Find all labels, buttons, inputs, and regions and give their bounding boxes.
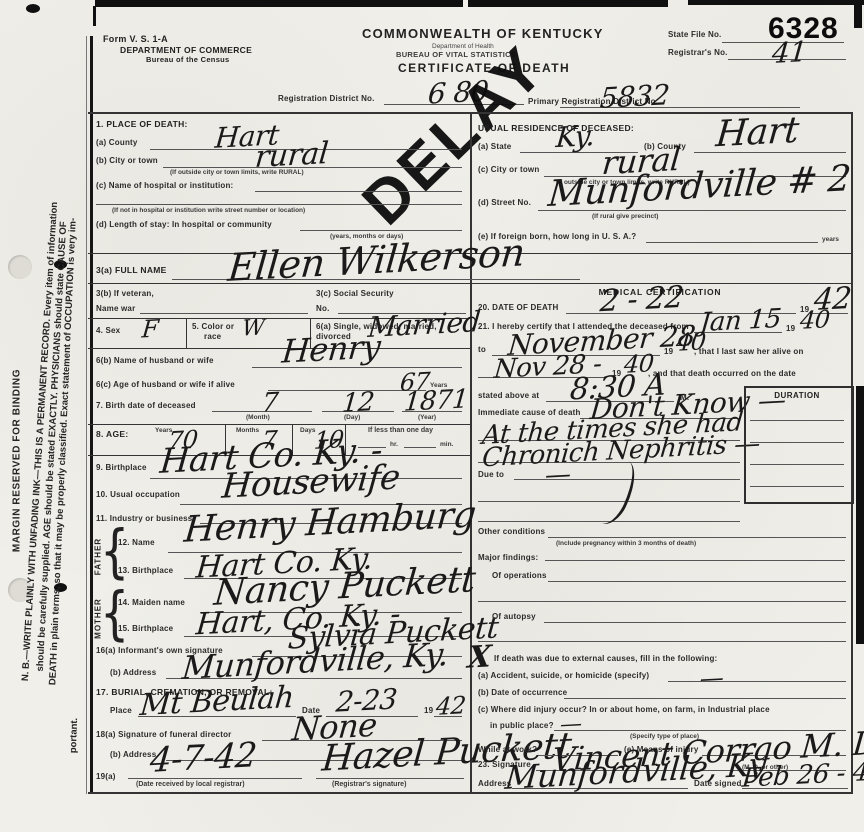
duration-label: DURATION [744,392,850,401]
bureau-of-census: Bureau of the Census [146,56,230,64]
birth-year-value: 1871 [403,384,470,418]
filed-row-label: 19(a) [96,772,116,781]
blank-line [300,230,462,231]
hr-label: hr. [390,441,398,448]
hole-punch [8,255,32,279]
margin-note-line: portant. [67,685,81,785]
form-border [86,36,87,794]
date-of-death-label: 20. DATE OF DEATH [478,303,558,312]
place-of-death-title: 1. PLACE OF DEATH: [96,120,188,129]
pod-city-label: (b) City or town [96,156,158,165]
blank-line [255,191,462,192]
spouse-age-label: 6(c) Age of husband or wife if alive [96,380,235,389]
res-state-value: Ky. [555,119,596,154]
race-value: W [241,315,265,341]
res-foreign-unit: years [822,236,839,243]
blank-line [750,464,844,465]
blank-line [545,560,845,561]
blank-line [544,622,846,623]
registration-district-label: Registration District No. [278,94,375,103]
month-note: (Month) [246,414,270,421]
registrar-no-label: Registrar's No. [668,48,728,57]
social-security-no-label: No. [316,304,330,313]
mother-name-label: 14. Maiden name [118,598,185,607]
ink-blob [93,6,96,26]
primary-district-value: 5832 [599,78,671,115]
burial-place-label: Place [110,706,132,715]
veteran-war-label: Name war [96,304,135,313]
birthdate-label: 7. Birth date of deceased [96,401,196,410]
mother-brace: { [100,579,129,647]
sex-label: 4. Sex [96,326,120,335]
occupation-label: 10. Usual occupation [96,490,180,499]
to-label: to [478,345,486,354]
date-signed-label: Date signed [694,779,742,788]
ext-a-value: — [699,663,725,692]
form-border [90,36,93,794]
pod-hospital-label: (c) Name of hospital or institution: [96,181,233,190]
blank-line [750,442,844,443]
res-city-label: (c) City or town [478,165,539,174]
date-received-note: (Date received by local registrar) [136,781,245,789]
burial-year-value: 42 [435,691,467,721]
scan-edge-mark [688,0,864,5]
age-label: 8. AGE: [96,430,129,439]
blank-line [560,107,800,108]
father-name-label: 12. Name [118,538,155,547]
year-note: (Year) [418,414,436,421]
ink-blob [26,4,40,13]
blank-line [478,641,846,642]
blank-line [750,486,844,487]
ext-c-label: (c) Where did injury occur? In or about … [478,705,770,714]
to-year-prefix: 19 [664,347,673,356]
section-divider [88,283,853,284]
due-to-dash-mark: — [544,459,572,491]
blank-line [96,204,462,205]
min-label: min. [440,441,453,448]
blank-line [478,601,846,602]
pod-city-note: (If outside city or town limits, write R… [170,169,304,176]
state-file-label: State File No. [668,30,721,39]
department-of-commerce: DEPARTMENT OF COMMERCE [120,46,252,55]
certify-text-2: , that I last saw her alive on [694,347,804,356]
commonwealth-title: COMMONWEALTH OF KENTUCKY [362,27,604,41]
blank-line [140,313,308,314]
full-name-label: 3(a) FULL NAME [96,266,167,275]
birthplace-label: 9. Birthplace [96,463,147,472]
form-number: Form V. S. 1-A [103,35,168,45]
ext-c-value: — [559,711,583,737]
father-birthplace-label: 13. Birthplace [118,566,173,575]
pod-stay-label: (d) Length of stay: In hospital or commu… [96,220,272,229]
blank-line [564,698,846,699]
blank-line [668,681,846,682]
res-street-note: (If rural give precinct) [592,213,658,220]
blank-line [646,242,818,243]
ext-b-label: (b) Date of occurrence [478,688,567,697]
spouse-label: 6(b) Name of husband or wife [96,356,214,365]
informant-address-label: (b) Address [110,668,156,677]
attended-from-value: Jan 15 [699,304,783,338]
binding-margin-note: MARGIN RESERVED FOR BINDING [12,336,23,586]
death-certificate-scan: MARGIN RESERVED FOR BINDING N. B.—WRITE … [0,0,864,832]
res-county-value: Hart [714,110,800,156]
blank-line [750,420,844,421]
date-signed-value: Feb 26 - 42 [741,756,864,794]
ext-c2-label: in public place? [490,721,554,730]
form-border [88,792,853,794]
burial-year-prefix: 19 [424,706,433,715]
blank-line [548,537,846,538]
stated-above-label: stated above at [478,391,539,400]
pod-county-label: (a) County [96,138,138,147]
registrar-signature-note: (Registrar's signature) [332,781,406,789]
age-months-head: Months [236,427,259,434]
from-year-value: 40 [799,305,831,335]
of-operations-label: Of operations [492,571,547,580]
spouse-value: Henry [280,327,382,370]
day-note: (Day) [344,414,360,421]
sex-value: F [141,314,160,343]
column-divider [470,112,472,792]
scan-edge-mark [856,386,864,644]
res-foreign-label: (e) If foreign born, how long in U. S. A… [478,232,636,241]
blank-line [404,447,436,448]
social-security-label: 3(c) Social Security [316,289,394,298]
external-causes-label: If death was due to external causes, fil… [494,654,717,663]
pod-hospital-note: (If not in hospital or institution write… [112,207,305,214]
ext-a-label: (a) Accident, suicide, or homicide (spec… [478,671,649,680]
of-autopsy-label: Of autopsy [492,612,536,621]
date-of-death-value: 2 - 22 [599,280,685,320]
major-findings-label: Major findings: [478,553,538,562]
row-divider [88,424,470,425]
blank-line [548,581,846,582]
res-state-label: (a) State [478,142,511,151]
scan-edge-mark [95,0,463,7]
scan-edge-mark [468,0,668,7]
cell-divider [186,318,187,348]
scan-edge-mark [854,0,862,28]
informant-address-value: Munfordville, Ky. [181,635,450,687]
race-label: 5. Color or [192,322,234,331]
mother-birthplace-label: 15. Birthplace [118,624,173,633]
date-received-value: 4-7-42 [148,735,258,781]
from-year-prefix: 19 [786,324,795,333]
row-divider [88,348,470,349]
other-conditions-label: Other conditions [478,527,545,536]
certify-text-3: , and that death occurred on the date [648,369,796,378]
while-at-work-label: While at work? [478,745,537,754]
marital-value: Married [367,305,482,344]
res-street-label: (d) Street No. [478,198,531,207]
registrar-number-value: 41 [771,35,808,70]
res-street-value: Munfordville # 2 [546,158,852,215]
race-label2: race [204,332,221,341]
due-to-label: Due to [478,470,504,479]
other-conditions-note: (Include pregnancy within 3 months of de… [556,540,696,547]
veteran-label: 3(b) If veteran, [96,289,154,298]
